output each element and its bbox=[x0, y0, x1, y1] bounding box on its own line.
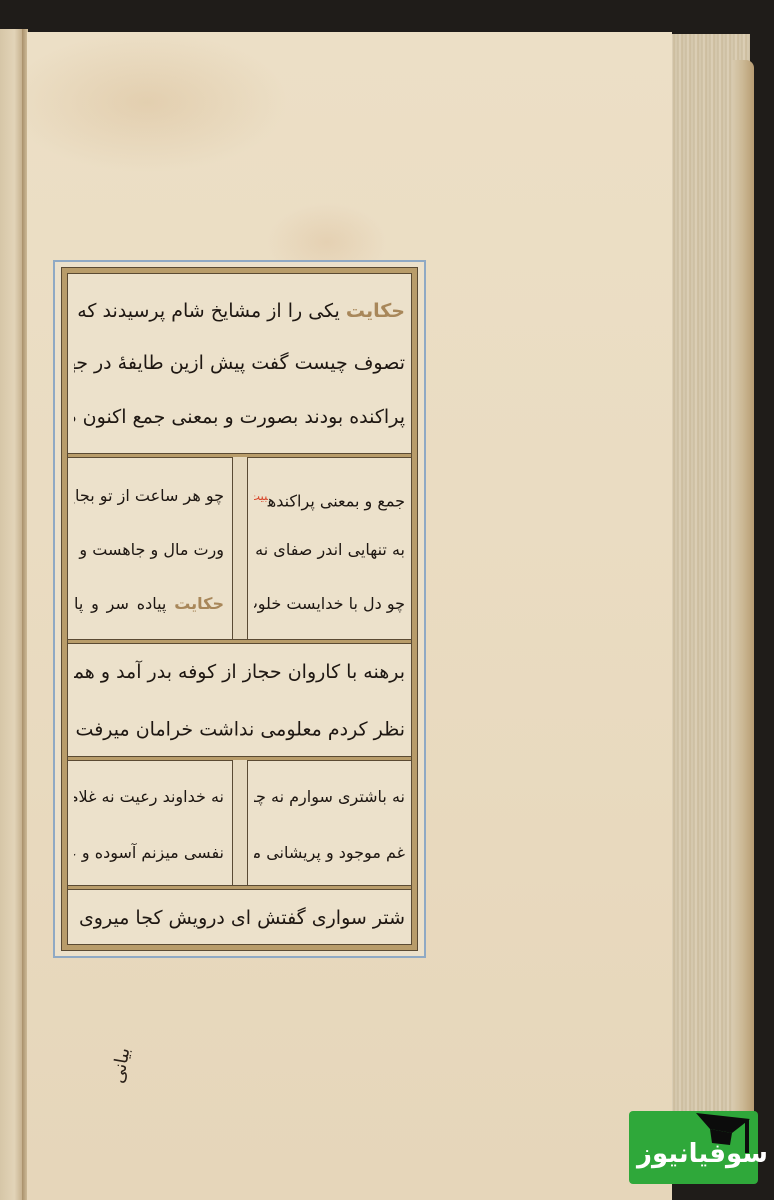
prose-text: پراکنده بودند بصورت و بمعنی جمع اکنون طا… bbox=[74, 406, 405, 428]
prose-line: تصوف چیست گفت پیش ازین طایفهٔ در جهان bbox=[74, 348, 405, 378]
verse-text: پیاده سر و پا bbox=[74, 594, 166, 613]
rubric-bayt: بیت bbox=[254, 489, 268, 503]
column-divider bbox=[232, 760, 248, 885]
prose-line: نظر کردم معلومی نداشت خرامان میرفت و میگ… bbox=[74, 709, 405, 744]
prose-top: حکایت یکی را از مشایخ شام پرسیدند که حقی… bbox=[68, 282, 411, 452]
verse-text: چو هر ساعت از تو بجایی رود دل bbox=[74, 486, 224, 505]
verse-line: ورت مال و جاهست و زرع و تجارت bbox=[74, 535, 224, 565]
prose-line: پراکنده بودند بصورت و بمعنی جمع اکنون طا… bbox=[74, 402, 405, 432]
verse-line: غم موجود و پریشانی معدوم ندارم bbox=[254, 838, 405, 868]
prose-text: نظر کردم معلومی نداشت خرامان میرفت و میگ… bbox=[74, 718, 405, 740]
prose-text: یکی را از مشایخ شام پرسیدند که حقیقت bbox=[74, 300, 340, 322]
rubric-hikayat: حکایت bbox=[346, 300, 405, 322]
verse-line: نفسی میزنم آسوده و عمری بگذارم bbox=[74, 838, 224, 868]
prose-middle: برهنه با کاروان حجاز از کوفه بدر آمد و ه… bbox=[68, 643, 411, 753]
verse-line: حکایت پیاده سر و پا bbox=[74, 589, 224, 619]
verse-line: چو دل با خدایست خلوت نشینی bbox=[254, 589, 405, 619]
verse-right-column: نه باشتری سوارم نه چو خر بزیر بارم غم مو… bbox=[248, 760, 411, 885]
prose-line: حکایت یکی را از مشایخ شام پرسیدند که حقی… bbox=[74, 296, 405, 326]
prose-bottom: شتر سواری گفتش ای درویش کجا میروی بازگرد bbox=[68, 889, 411, 949]
column-divider bbox=[232, 457, 248, 639]
verse-right-column: جمع و بمعنی پراکندهبیت به تنهایی اندر صف… bbox=[248, 457, 411, 639]
text-block: حکایت یکی را از مشایخ شام پرسیدند که حقی… bbox=[68, 274, 411, 944]
verse-line: نه خداوند رعیت نه غلام شهریارم bbox=[74, 782, 224, 812]
verse-line: نه باشتری سوارم نه چو خر بزیر بارم bbox=[254, 782, 405, 812]
verse-text: نه خداوند رعیت نه غلام شهریارم bbox=[74, 787, 224, 806]
prose-line: برهنه با کاروان حجاز از کوفه بدر آمد و ه… bbox=[74, 657, 405, 687]
verse-text: نفسی میزنم آسوده و عمری بگذارم bbox=[74, 843, 224, 862]
verse-line: چو هر ساعت از تو بجایی رود دل bbox=[74, 481, 224, 511]
prose-text: تصوف چیست گفت پیش ازین طایفهٔ در جهان bbox=[74, 352, 405, 374]
verse-line: به تنهایی اندر صفای نه بینی bbox=[254, 535, 405, 565]
prose-line: شتر سواری گفتش ای درویش کجا میروی بازگرد bbox=[74, 903, 405, 933]
logo-text: سوفیانیوز bbox=[637, 1139, 768, 1169]
prose-text: شتر سواری گفتش ای درویش کجا میروی بازگرد bbox=[74, 907, 405, 929]
text-frame: حکایت یکی را از مشایخ شام پرسیدند که حقی… bbox=[53, 260, 426, 958]
verse-line: جمع و بمعنی پراکندهبیت bbox=[254, 481, 405, 516]
verse-text: نه باشتری سوارم نه چو خر بزیر بارم bbox=[254, 787, 405, 806]
verse-text: به تنهایی اندر صفای نه بینی bbox=[254, 540, 405, 559]
verse-left-column: نه خداوند رعیت نه غلام شهریارم نفسی میزن… bbox=[68, 760, 230, 885]
facing-page-edge bbox=[0, 29, 24, 1200]
verse-text: غم موجود و پریشانی معدوم ندارم bbox=[254, 843, 405, 862]
prose-text: برهنه با کاروان حجاز از کوفه بدر آمد و ه… bbox=[74, 661, 405, 683]
rubric-hikayat: حکایت bbox=[174, 594, 224, 613]
verse-text: چو دل با خدایست خلوت نشینی bbox=[254, 594, 405, 613]
verse-text: جمع و بمعنی پراکنده bbox=[268, 491, 405, 510]
watermark-logo: سوفیانیوز bbox=[629, 1111, 758, 1184]
book-fore-edge bbox=[732, 60, 754, 1150]
verse-text: ورت مال و جاهست و زرع و تجارت bbox=[74, 540, 224, 559]
verse-left-column: چو هر ساعت از تو بجایی رود دل ورت مال و … bbox=[68, 457, 230, 639]
